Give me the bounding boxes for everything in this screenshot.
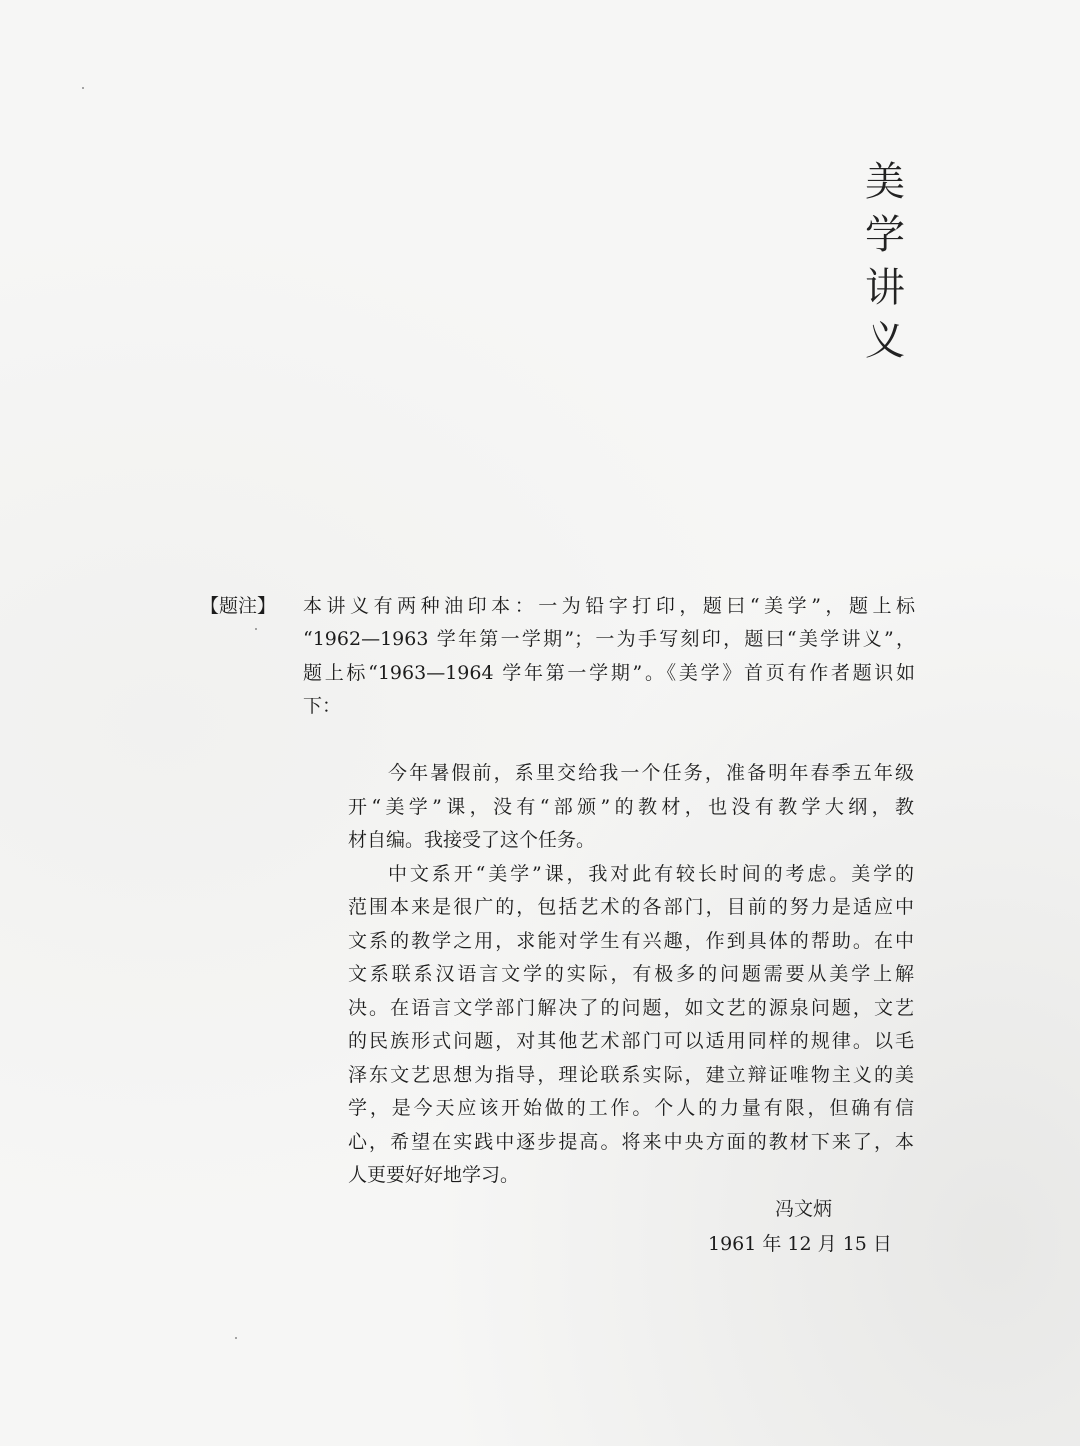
inscription-line: 今年暑假前，系里交给我一个任务，准备明年春季五年级 <box>348 757 914 791</box>
title-char: 学 <box>865 209 905 262</box>
inscription-line: 的民族形式问题，对其他艺术部门可以适用同样的规律。以毛 <box>348 1025 914 1059</box>
book-page: 美 学 讲 义 【题注】 本讲义有两种油印本：一为铅字打印，题曰“美学”，题上标… <box>0 0 1080 1446</box>
note-line: 本讲义有两种油印本：一为铅字打印，题曰“美学”，题上标 <box>303 590 915 623</box>
title-char: 讲 <box>865 262 905 315</box>
inscription-line: 中文系开“美学”课，我对此有较长时间的考虑。美学的 <box>348 858 914 892</box>
author-inscription: 今年暑假前，系里交给我一个任务，准备明年春季五年级 开“美学”课，没有“部颁”的… <box>348 757 914 1193</box>
inscription-line: 决。在语言文学部门解决了的问题，如文艺的源泉问题，文艺 <box>348 992 914 1026</box>
inscription-date: 1961 年 12 月 15 日 <box>708 1229 892 1259</box>
inscription-line: 文系联系汉语言文学的实际，有极多的问题需要从美学上解 <box>348 958 914 992</box>
inscription-line: 范围本来是很广的，包括艺术的各部门，目前的努力是适应中 <box>348 891 914 925</box>
scan-speck <box>82 87 84 89</box>
note-body: 本讲义有两种油印本：一为铅字打印，题曰“美学”，题上标 “1962—1963 学… <box>303 590 915 724</box>
inscription-line: 学，是今天应该开始做的工作。个人的力量有限，但确有信 <box>348 1092 914 1126</box>
inscription-line: 开“美学”课，没有“部颁”的教材，也没有教学大纲，教 <box>348 791 914 825</box>
inscription-paragraph: 今年暑假前，系里交给我一个任务，准备明年春季五年级 开“美学”课，没有“部颁”的… <box>348 757 914 858</box>
scan-speck <box>255 628 257 630</box>
inscription-line: 泽东文艺思想为指导，理论联系实际，建立辩证唯物主义的美 <box>348 1059 914 1093</box>
title-char: 美 <box>865 156 905 209</box>
note-label: 【题注】 <box>200 590 276 623</box>
inscription-line: 材自编。我接受了这个任务。 <box>348 824 914 858</box>
note-line: 下： <box>303 690 915 723</box>
page-title: 美 学 讲 义 <box>860 156 910 368</box>
author-signature: 冯文炳 <box>775 1194 832 1224</box>
inscription-line: 文系的教学之用，求能对学生有兴趣，作到具体的帮助。在中 <box>348 925 914 959</box>
inscription-paragraph: 中文系开“美学”课，我对此有较长时间的考虑。美学的 范围本来是很广的，包括艺术的… <box>348 858 914 1193</box>
note-line: “1962—1963 学年第一学期”；一为手写刻印，题曰“美学讲义”， <box>303 623 915 656</box>
title-char: 义 <box>865 315 905 368</box>
scan-speck <box>235 1337 237 1339</box>
note-line: 题上标“1963—1964 学年第一学期”。《美学》首页有作者题识如 <box>303 657 915 690</box>
inscription-line: 人更要好好地学习。 <box>348 1159 914 1193</box>
inscription-line: 心，希望在实践中逐步提高。将来中央方面的教材下来了，本 <box>348 1126 914 1160</box>
